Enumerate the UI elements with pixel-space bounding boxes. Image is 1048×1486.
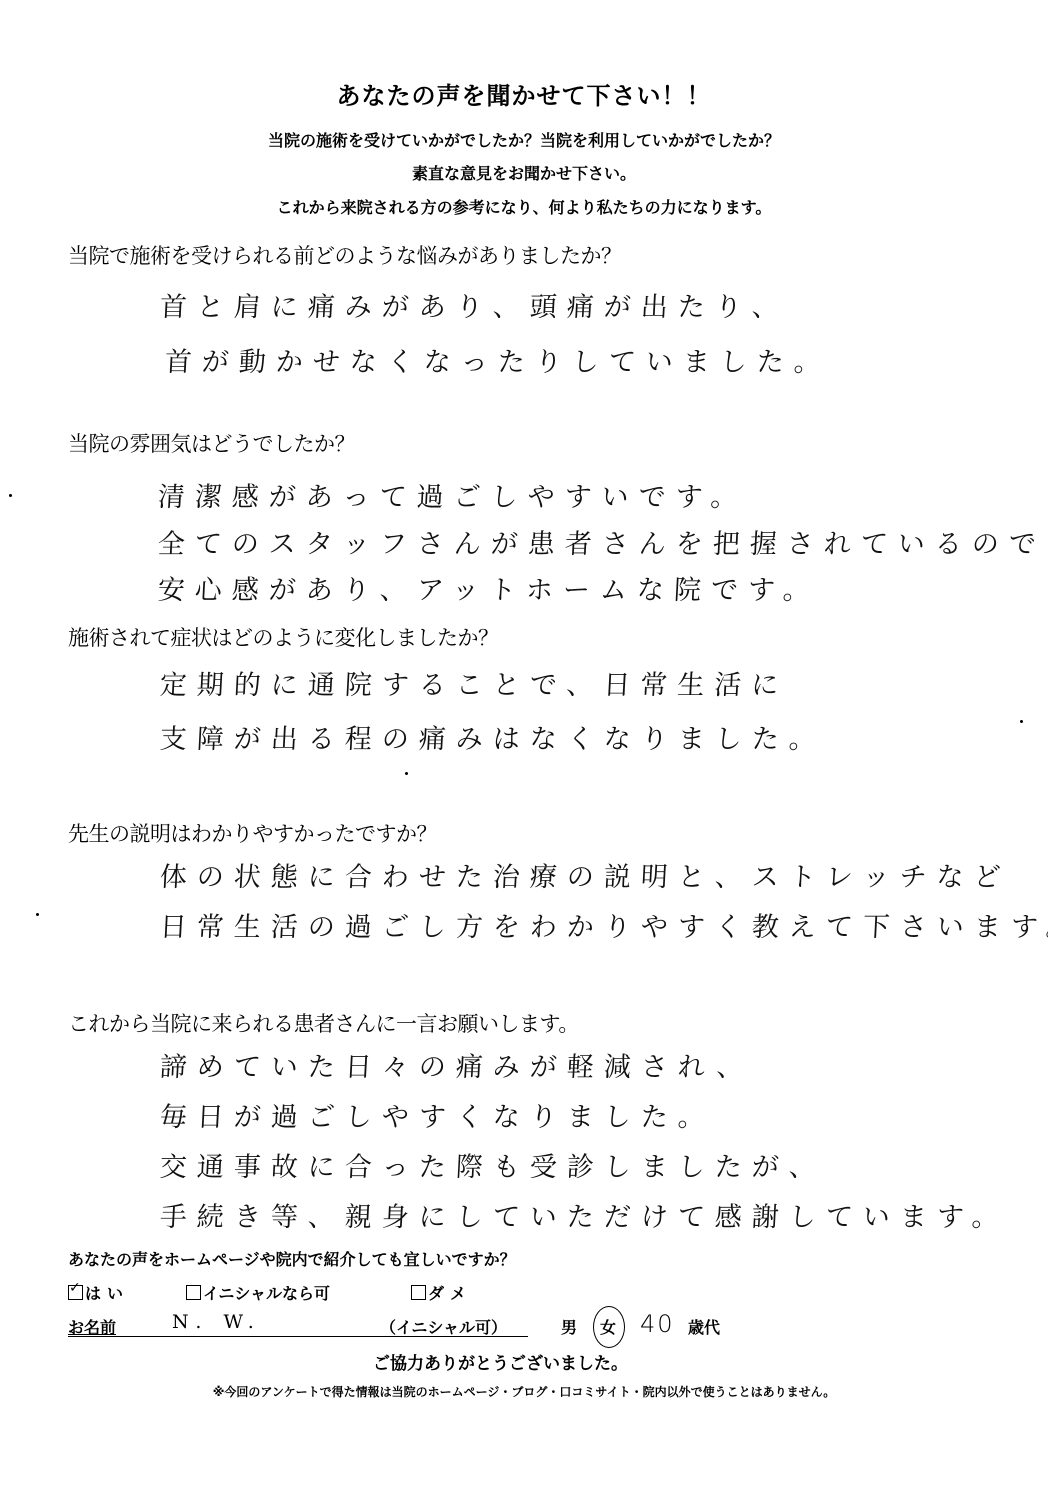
answer-3-line-2: 支障が出る程の痛みはなくなりました。 bbox=[159, 717, 827, 756]
answer-1-line-2: 首が動かせなくなったりしていました。 bbox=[164, 340, 832, 379]
question-1: 当院で施術を受けられる前どのような悩みがありましたか？ bbox=[68, 240, 622, 270]
answer-3-line-1: 定期的に通院することで、日常生活に bbox=[159, 663, 790, 702]
answer-5-line-1: 諦めていた日々の痛みが軽減され、 bbox=[159, 1045, 755, 1084]
consent-option-no-label: ダメ bbox=[428, 1281, 472, 1304]
answer-5-line-4: 手続き等、親身にしていただけて感謝しています。 bbox=[159, 1195, 1010, 1234]
consent-option-no[interactable]: ダメ bbox=[411, 1281, 472, 1304]
answer-2-line-2: 全てのスタッフさんが患者さんを把握されているので bbox=[157, 522, 1047, 561]
age-suffix: 歳代 bbox=[688, 1315, 720, 1338]
scan-speck bbox=[405, 772, 408, 775]
answer-4-line-1: 体の状態に合わせた治療の説明と、ストレッチなど bbox=[159, 855, 1012, 894]
consent-option-yes[interactable]: はい bbox=[68, 1281, 129, 1304]
consent-option-initials-label: イニシャルなら可 bbox=[203, 1281, 330, 1304]
checkbox-checked-icon[interactable] bbox=[68, 1285, 83, 1300]
question-3: 施術されて症状はどのように変化しましたか？ bbox=[68, 622, 499, 652]
consent-question: あなたの声をホームページや院内で紹介しても宜しいですか？ bbox=[68, 1247, 516, 1270]
gender-male[interactable]: 男 bbox=[561, 1315, 577, 1338]
gender-female[interactable]: 女 bbox=[600, 1315, 616, 1338]
thanks-message: ご協力ありがとうございました。 bbox=[373, 1349, 628, 1374]
age-value[interactable]: 40 bbox=[640, 1310, 675, 1338]
answer-5-line-3: 交通事故に合った際も受診しましたが、 bbox=[159, 1145, 827, 1184]
answer-1-line-1: 首と肩に痛みがあり、頭痛が出たり、 bbox=[159, 285, 790, 324]
survey-title: あなたの声を聞かせて下さい！！ bbox=[0, 76, 1048, 111]
question-2: 当院の雰囲気はどうでしたか？ bbox=[68, 428, 355, 458]
intro-line-3: これから来院される方の参考になり、何より私たちの力になります。 bbox=[0, 195, 1048, 218]
initial-note: （イニシャル可） bbox=[380, 1315, 507, 1338]
scan-speck bbox=[36, 913, 39, 916]
intro-line-1: 当院の施術を受けていかがでしたか？当院を利用していかがでしたか？ bbox=[0, 128, 1048, 151]
scan-speck bbox=[9, 494, 12, 497]
answer-4-line-2: 日常生活の過ごし方をわかりやすく教えて下さいます。 bbox=[159, 905, 1048, 944]
checkbox-icon[interactable] bbox=[186, 1285, 201, 1300]
consent-option-yes-label: はい bbox=[85, 1281, 129, 1304]
answer-2-line-1: 清潔感があって過ごしやすいです。 bbox=[157, 475, 749, 514]
question-5: これから当院に来られる患者さんに一言お願いします。 bbox=[68, 1008, 579, 1038]
name-value[interactable]: N. W. bbox=[172, 1311, 262, 1333]
privacy-disclaimer: ※今回のアンケートで得た情報は当院のホームページ・ブログ・口コミサイト・院内以外… bbox=[0, 1383, 1048, 1400]
checkbox-icon[interactable] bbox=[411, 1285, 426, 1300]
answer-5-line-2: 毎日が過ごしやすくなりました。 bbox=[159, 1095, 716, 1134]
answer-2-line-3: 安心感があり、アットホームな院です。 bbox=[157, 568, 821, 607]
name-label: お名前 bbox=[68, 1315, 116, 1338]
question-4: 先生の説明はわかりやすかったですか？ bbox=[68, 818, 437, 848]
consent-option-initials[interactable]: イニシャルなら可 bbox=[186, 1281, 330, 1304]
scan-speck bbox=[1020, 720, 1023, 723]
intro-line-2: 素直な意見をお聞かせ下さい。 bbox=[0, 161, 1048, 184]
